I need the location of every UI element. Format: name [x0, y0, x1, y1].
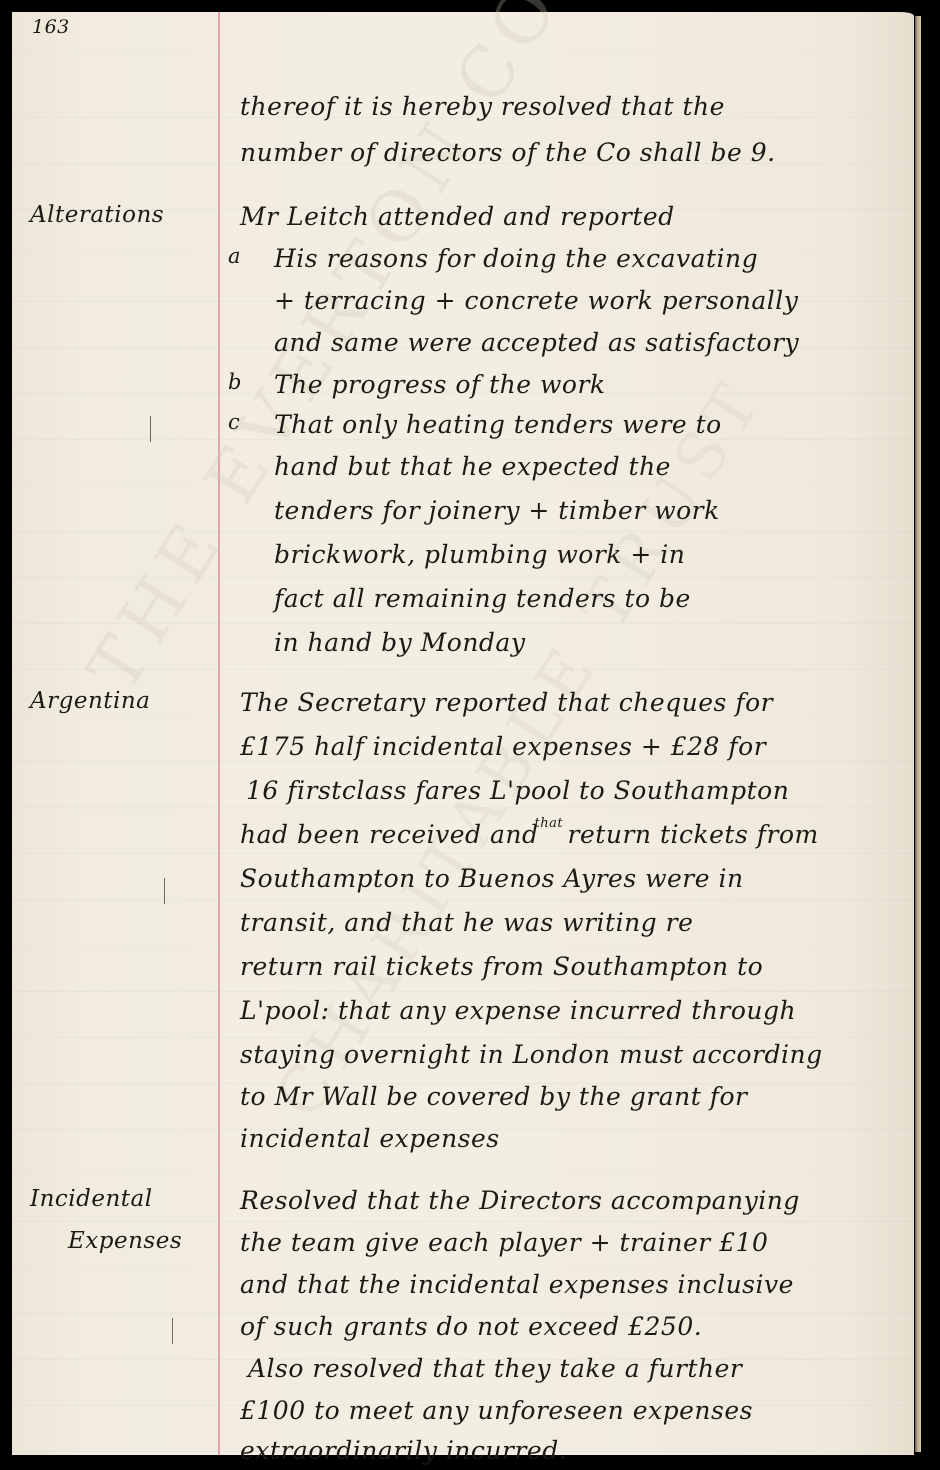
minute-line: incidental expenses: [240, 1124, 500, 1153]
continuation-line: thereof it is hereby resolved that the: [240, 92, 725, 121]
insertion-caret-text: that: [535, 816, 564, 831]
item-line: tenders for joinery + timber work: [274, 496, 720, 525]
item-label: a: [228, 244, 241, 268]
resolution-line: of such grants do not exceed £250.: [240, 1312, 702, 1341]
margin-heading-alterations: Alterations: [30, 202, 164, 228]
margin-heading-argentina: Argentina: [30, 688, 150, 714]
page-number: 163: [32, 16, 70, 38]
resolution-line: Resolved that the Directors accompanying: [240, 1186, 800, 1215]
minute-line: staying overnight in London must accordi…: [240, 1040, 823, 1069]
minute-text: had been received and: [240, 820, 539, 849]
margin-tick-mark: [164, 878, 165, 904]
margin-rule: [218, 12, 220, 1455]
ledger-page: THE EVERTON COLLECTION CHARITABLE TRUST …: [12, 12, 914, 1455]
resolution-line: the team give each player + trainer £10: [240, 1228, 768, 1257]
margin-tick-mark: [150, 416, 151, 442]
minute-line: return rail tickets from Southampton to: [240, 952, 763, 981]
margin-tick-mark: [172, 1318, 173, 1344]
minute-line: 16 firstclass fares L'pool to Southampto…: [246, 776, 789, 805]
item-line: The progress of the work: [274, 370, 606, 399]
minute-line: transit, and that he was writing re: [240, 908, 693, 937]
item-label: b: [228, 370, 242, 394]
minute-line: to Mr Wall be covered by the grant for: [240, 1082, 748, 1111]
minute-line: The Secretary reported that cheques for: [240, 688, 773, 717]
item-line: + terracing + concrete work personally: [274, 286, 798, 315]
resolution-line: extraordinarily incurred.: [240, 1436, 567, 1465]
resolution-line: Also resolved that they take a further: [248, 1354, 742, 1383]
continuation-line: number of directors of the Co shall be 9…: [240, 138, 776, 167]
minute-line: L'pool: that any expense incurred throug…: [240, 996, 796, 1025]
item-line: and same were accepted as satisfactory: [274, 328, 799, 357]
item-line: hand but that he expected the: [274, 452, 671, 481]
resolution-line: and that the incidental expenses inclusi…: [240, 1270, 794, 1299]
minute-line: Southampton to Buenos Ayres were in: [240, 864, 744, 893]
page-edge: [915, 16, 921, 1452]
minute-line-with-insertion: had been received andthat return tickets…: [240, 820, 819, 849]
item-label: c: [228, 410, 240, 434]
minute-line: £175 half incidental expenses + £28 for: [240, 732, 766, 761]
resolution-line: £100 to meet any unforeseen expenses: [240, 1396, 753, 1425]
minute-text: return tickets from: [568, 820, 819, 849]
margin-heading-expenses: Expenses: [68, 1228, 182, 1254]
item-line: brickwork, plumbing work + in: [274, 540, 685, 569]
item-line: fact all remaining tenders to be: [274, 584, 691, 613]
item-line: That only heating tenders were to: [274, 410, 722, 439]
item-line: in hand by Monday: [274, 628, 525, 657]
section-intro: Mr Leitch attended and reported: [240, 202, 675, 231]
item-line: His reasons for doing the excavating: [274, 244, 758, 273]
margin-heading-incidental: Incidental: [30, 1186, 153, 1212]
